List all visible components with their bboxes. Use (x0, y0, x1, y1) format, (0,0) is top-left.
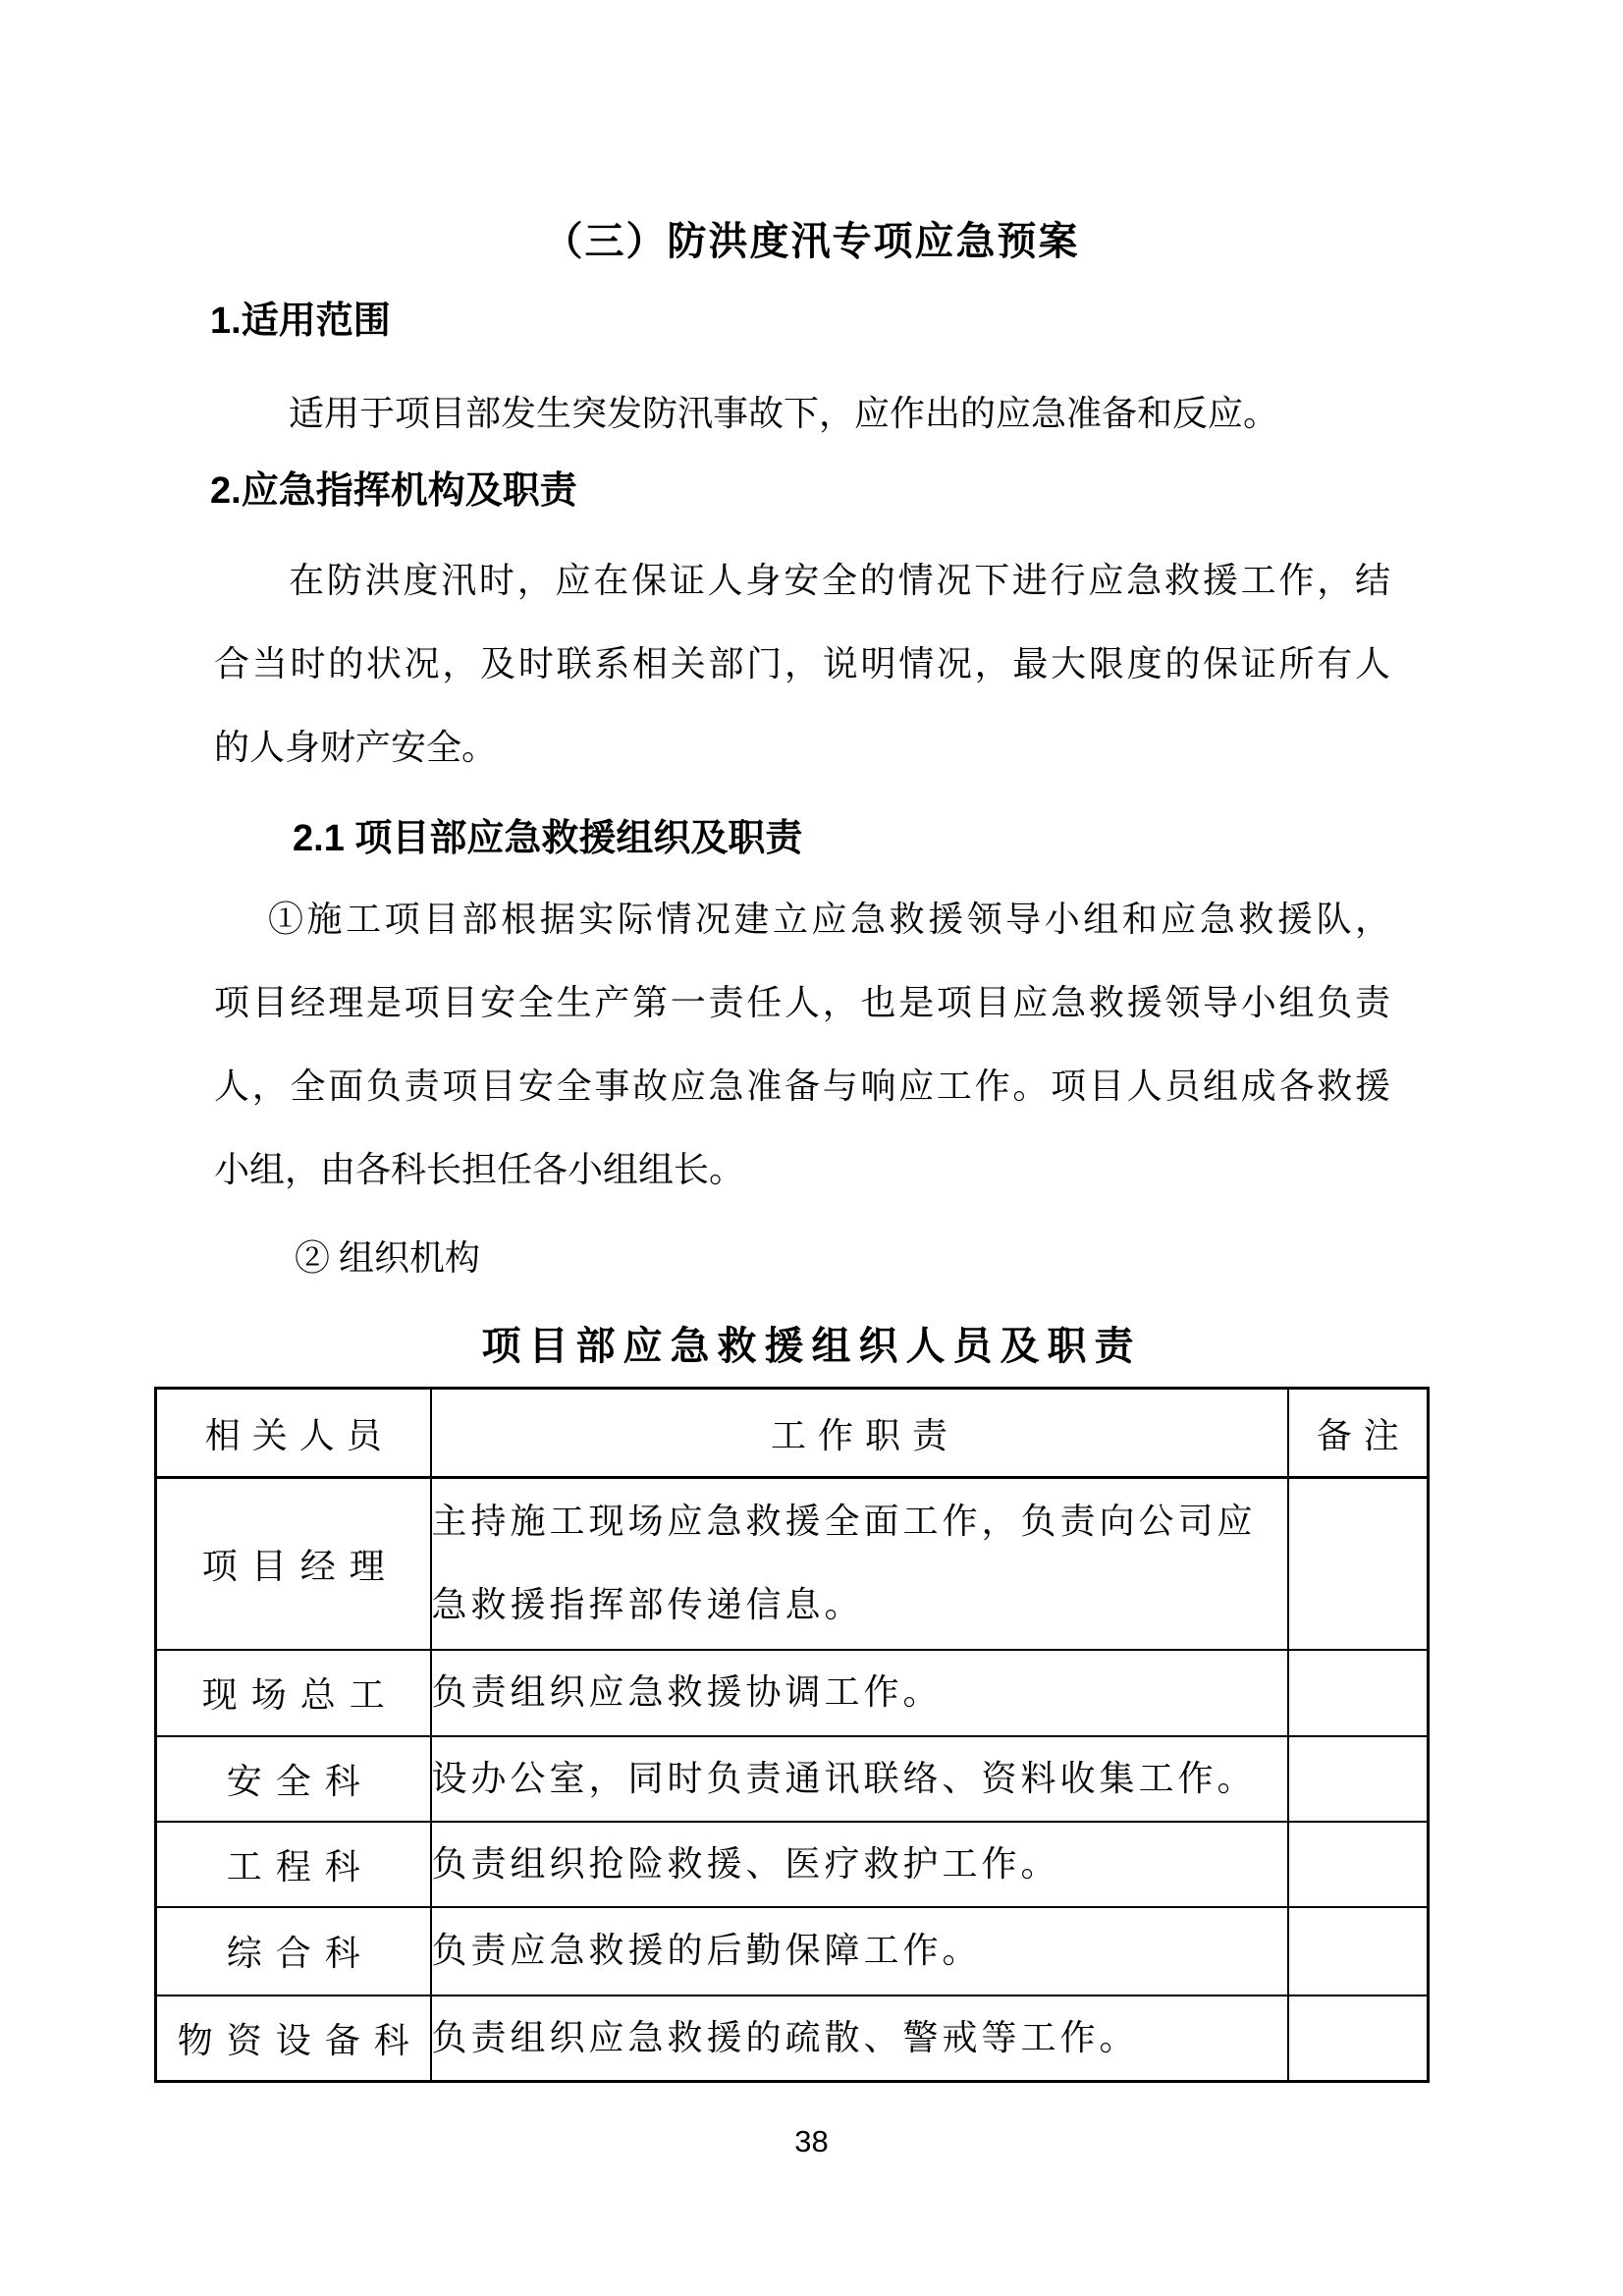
column-header-person: 相关人员 (156, 1389, 431, 1478)
section-2-paragraph-line: 的人身财产安全。 (214, 725, 1390, 770)
note-cell (1288, 1650, 1429, 1736)
section-2-1-paragraph-line: 小组，由各科长担任各小组组长。 (214, 1147, 1390, 1192)
note-cell (1288, 1478, 1429, 1650)
note-cell (1288, 1907, 1429, 1995)
page-number: 38 (0, 2123, 1623, 2160)
section-2-1-paragraph-line: 人，全面负责项目安全事故应急准备与响应工作。项目人员组成各救援 (214, 1064, 1390, 1109)
person-cell: 项目经理 (156, 1478, 431, 1650)
section-2-1-paragraph-line: ①施工项目部根据实际情况建立应急救援领导小组和应急救援队， (214, 897, 1390, 942)
section-2-paragraph-line: 在防洪度汛时，应在保证人身安全的情况下进行应急救援工作，结 (214, 558, 1390, 603)
section-1-heading: 1.适用范围 (210, 299, 391, 344)
table-row: 综合科 负责应急救援的后勤保障工作。 (156, 1907, 1429, 1995)
note-cell (1288, 1736, 1429, 1822)
table-row: 安全科 设办公室，同时负责通讯联络、资料收集工作。 (156, 1736, 1429, 1822)
document-page: （三）防洪度汛专项应急预案 1.适用范围 适用于项目部发生突发防汛事故下，应作出… (0, 0, 1623, 2296)
duty-table-title: 项目部应急救援组织人员及职责 (0, 1324, 1623, 1369)
person-cell: 综合科 (156, 1907, 431, 1995)
duty-cell: 负责组织抢险救援、医疗救护工作。 (431, 1822, 1288, 1907)
column-header-note: 备注 (1288, 1389, 1429, 1478)
duty-table-header-row: 相关人员 工作职责 备注 (156, 1389, 1429, 1478)
duty-cell: 负责应急救援的后勤保障工作。 (431, 1907, 1288, 1995)
org-structure-item: ② 组织机构 (295, 1235, 480, 1281)
column-header-duty: 工作职责 (431, 1389, 1288, 1478)
duty-cell: 主持施工现场应急救援全面工作，负责向公司应急救援指挥部传递信息。 (431, 1478, 1288, 1650)
section-2-1-paragraph-line: 项目经理是项目安全生产第一责任人，也是项目应急救援领导小组负责 (214, 980, 1390, 1025)
section-2-heading: 2.应急指挥机构及职责 (210, 468, 577, 514)
table-row: 工程科 负责组织抢险救援、医疗救护工作。 (156, 1822, 1429, 1907)
person-cell: 工程科 (156, 1822, 431, 1907)
table-row: 现场总工 负责组织应急救援协调工作。 (156, 1650, 1429, 1736)
duty-cell: 设办公室，同时负责通讯联络、资料收集工作。 (431, 1736, 1288, 1822)
table-row: 物资设备科 负责组织应急救援的疏散、警戒等工作。 (156, 1995, 1429, 2082)
person-cell: 现场总工 (156, 1650, 431, 1736)
duty-table: 相关人员 工作职责 备注 项目经理 主持施工现场应急救援全面工作，负责向公司应急… (154, 1387, 1430, 2083)
note-cell (1288, 1822, 1429, 1907)
person-cell: 物资设备科 (156, 1995, 431, 2082)
section-2-1-heading: 2.1 项目部应急救援组织及职责 (293, 816, 802, 861)
table-row: 项目经理 主持施工现场应急救援全面工作，负责向公司应急救援指挥部传递信息。 (156, 1478, 1429, 1650)
duty-cell: 负责组织应急救援协调工作。 (431, 1650, 1288, 1736)
duty-cell: 负责组织应急救援的疏散、警戒等工作。 (431, 1995, 1288, 2082)
section-2-paragraph-line: 合当时的状况，及时联系相关部门，说明情况，最大限度的保证所有人 (214, 641, 1390, 686)
document-title: （三）防洪度汛专项应急预案 (0, 218, 1623, 265)
note-cell (1288, 1995, 1429, 2082)
section-1-paragraph-line: 适用于项目部发生突发防汛事故下，应作出的应急准备和反应。 (214, 391, 1390, 436)
person-cell: 安全科 (156, 1736, 431, 1822)
